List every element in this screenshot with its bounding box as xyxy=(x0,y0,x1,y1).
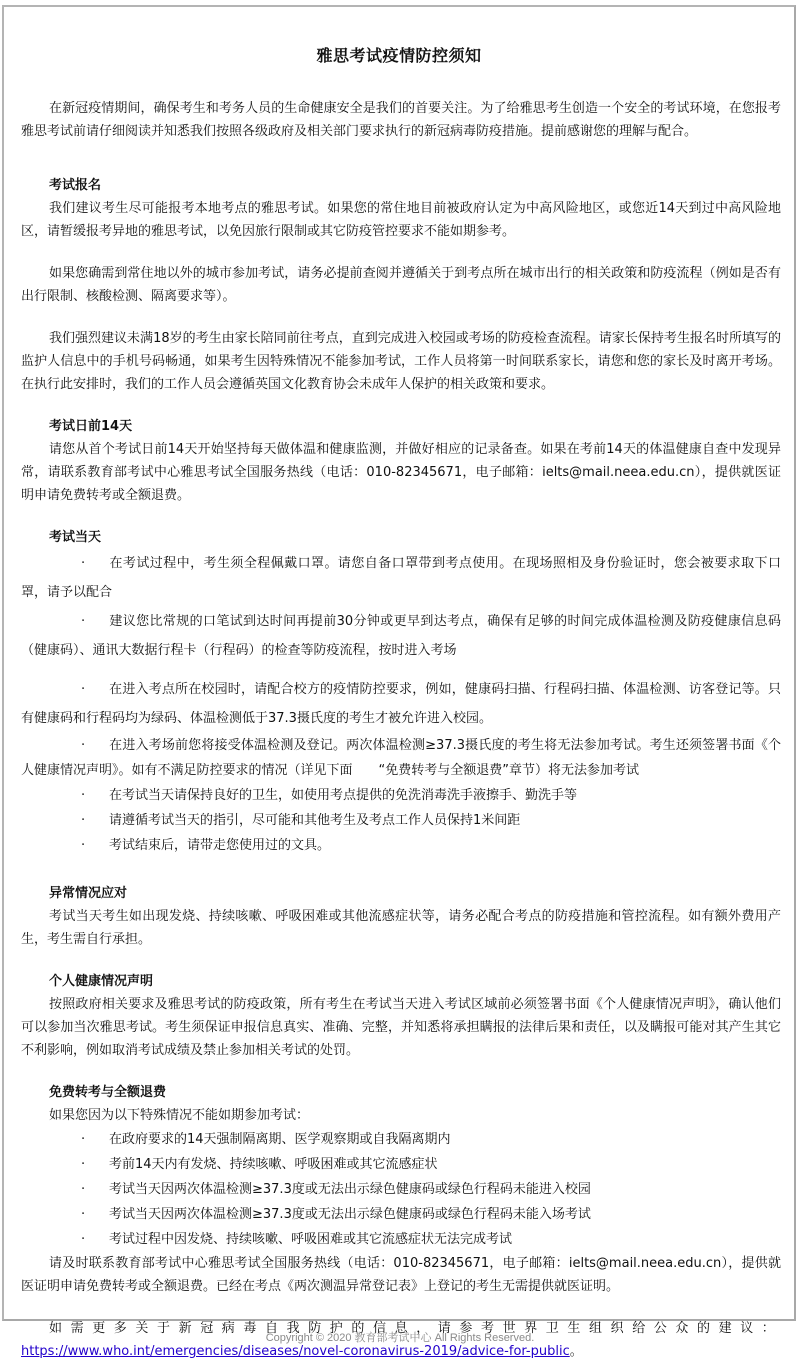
bullet-text: 考试结束后，请带走您使用过的文具。 xyxy=(109,838,330,853)
spacer xyxy=(21,1062,781,1081)
who-note-trailing: 。 xyxy=(570,1344,583,1359)
bullet-icon: · xyxy=(81,733,109,758)
spacer xyxy=(21,951,781,970)
bullet-icon: · xyxy=(81,808,109,833)
who-advice-link[interactable]: https://www.who.int/emergencies/diseases… xyxy=(21,1344,570,1359)
section-paragraph: 我们强烈建议未满18岁的考生由家长陪同前往考点，直到完成进入校园或考场的防疫检查… xyxy=(21,327,781,396)
notice-document: 雅思考试疫情防控须知 在新冠疫情期间，确保考生和考务人员的生命健康安全是我们的首… xyxy=(2,5,796,1321)
section-paragraph: 我们建议考生尽可能报考本地考点的雅思考试。如果您的常住地目前被政府认定为中高风险… xyxy=(21,197,781,243)
bullet-item: ·建议您比常规的口笔试到达时间再提前30分钟或更早到达考点，确保有足够的时间完成… xyxy=(21,607,781,665)
spacer xyxy=(21,308,781,327)
spacer xyxy=(21,243,781,262)
section-exam-day: 考试当天 ·在考试过程中，考生须全程佩戴口罩。请您自备口罩带到考点使用。在现场照… xyxy=(21,526,781,858)
section-heading: 异常情况应对 xyxy=(21,882,781,905)
bullet-icon: · xyxy=(81,1127,109,1152)
bullet-item: ·考试当天因两次体温检测≥37.3度或无法出示绿色健康码或绿色行程码未能进入校园 xyxy=(21,1177,781,1202)
bullet-text: 在进入考场前您将接受体温检测及登记。两次体温检测≥37.3摄氏度的考生将无法参加… xyxy=(21,738,781,778)
bullet-text: 在进入考点所在校园时，请配合校方的疫情防控要求，例如，健康码扫描、行程码扫描、体… xyxy=(21,682,781,726)
bullet-text: 考试过程中因发烧、持续咳嗽、呼吸困难或其它流感症状无法完成考试 xyxy=(109,1232,512,1247)
bullet-item: ·在进入考点所在校园时，请配合校方的疫情防控要求，例如，健康码扫描、行程码扫描、… xyxy=(21,675,781,733)
section-paragraph: 如果您确需到常住地以外的城市参加考试，请务必提前查阅并遵循关于到考点所在城市出行… xyxy=(21,262,781,308)
section-paragraph: 请您从首个考试日前14天开始坚持每天做体温和健康监测，并做好相应的记录备查。如果… xyxy=(21,438,781,507)
bullet-text: 考前14天内有发烧、持续咳嗽、呼吸困难或其它流感症状 xyxy=(109,1157,438,1172)
section-abnormal: 异常情况应对 考试当天考生如出现发烧、持续咳嗽、呼吸困难或其他流感症状等，请务必… xyxy=(21,882,781,951)
section-paragraph: 按照政府相关要求及雅思考试的防疫政策，所有考生在考试当天进入考试区域前必须签署书… xyxy=(21,993,781,1062)
section-heading: 考试报名 xyxy=(21,174,781,197)
section-refund: 免费转考与全额退费 如果您因为以下特殊情况不能如期参加考试： ·在政府要求的14… xyxy=(21,1081,781,1298)
spacer xyxy=(21,665,781,675)
bullet-item: ·在政府要求的14天强制隔离期、医学观察期或自我隔离期内 xyxy=(21,1127,781,1152)
spacer xyxy=(21,858,781,882)
section-before-exam: 考试日前14天 请您从首个考试日前14天开始坚持每天做体温和健康监测，并做好相应… xyxy=(21,415,781,507)
spacer xyxy=(21,166,781,174)
bullet-text: 在考试当天请保持良好的卫生，如使用考点提供的免洗消毒洗手液擦手、勤洗手等 xyxy=(109,788,577,803)
bullet-icon: · xyxy=(81,1227,109,1252)
spacer xyxy=(21,507,781,526)
document-content: 在新冠疫情期间，确保考生和考务人员的生命健康安全是我们的首要关注。为了给雅思考生… xyxy=(21,97,781,1363)
bullet-item: ·在考试过程中，考生须全程佩戴口罩。请您自备口罩带到考点使用。在现场照相及身份验… xyxy=(21,549,781,607)
spacer xyxy=(21,396,781,415)
bullet-item: ·考试结束后，请带走您使用过的文具。 xyxy=(21,833,781,858)
bullet-item: ·请遵循考试当天的指引，尽可能和其他考生及考点工作人员保持1米间距 xyxy=(21,808,781,833)
bullet-item: ·考试过程中因发烧、持续咳嗽、呼吸困难或其它流感症状无法完成考试 xyxy=(21,1227,781,1252)
bullet-icon: · xyxy=(81,675,109,704)
bullet-icon: · xyxy=(81,1177,109,1202)
bullet-text: 在政府要求的14天强制隔离期、医学观察期或自我隔离期内 xyxy=(109,1132,451,1147)
bullet-text: 考试当天因两次体温检测≥37.3度或无法出示绿色健康码或绿色行程码未能进入校园 xyxy=(109,1182,591,1197)
bullet-icon: · xyxy=(81,1152,109,1177)
refund-intro: 如果您因为以下特殊情况不能如期参加考试： xyxy=(21,1104,781,1127)
section-heading: 考试日前14天 xyxy=(21,415,781,438)
spacer xyxy=(21,143,781,166)
section-health-declaration: 个人健康情况声明 按照政府相关要求及雅思考试的防疫政策，所有考生在考试当天进入考… xyxy=(21,970,781,1062)
page-title: 雅思考试疫情防控须知 xyxy=(4,43,794,66)
bullet-text: 建议您比常规的口笔试到达时间再提前30分钟或更早到达考点，确保有足够的时间完成体… xyxy=(21,614,781,658)
bullet-item: ·考前14天内有发烧、持续咳嗽、呼吸困难或其它流感症状 xyxy=(21,1152,781,1177)
bullet-icon: · xyxy=(81,1202,109,1227)
bullet-item: ·在进入考场前您将接受体温检测及登记。两次体温检测≥37.3摄氏度的考生将无法参… xyxy=(21,733,781,783)
bullet-icon: · xyxy=(81,607,109,636)
refund-contact: 请及时联系教育部考试中心雅思考试全国服务热线（电话：010-82345671，电… xyxy=(21,1252,781,1298)
bullet-item: ·考试当天因两次体温检测≥37.3度或无法出示绿色健康码或绿色行程码未能入场考试 xyxy=(21,1202,781,1227)
section-paragraph: 考试当天考生如出现发烧、持续咳嗽、呼吸困难或其他流感症状等，请务必配合考点的防疫… xyxy=(21,905,781,951)
section-heading: 免费转考与全额退费 xyxy=(21,1081,781,1104)
bullet-text: 请遵循考试当天的指引，尽可能和其他考生及考点工作人员保持1米间距 xyxy=(109,813,520,828)
spacer xyxy=(21,1298,781,1317)
footer-copyright: Copyright © 2020 教育部考试中心 All Rights Rese… xyxy=(0,1329,800,1345)
bullet-text: 在考试过程中，考生须全程佩戴口罩。请您自备口罩带到考点使用。在现场照相及身份验证… xyxy=(21,556,781,600)
bullet-icon: · xyxy=(81,549,109,578)
bullet-text: 考试当天因两次体温检测≥37.3度或无法出示绿色健康码或绿色行程码未能入场考试 xyxy=(109,1207,591,1222)
section-heading: 个人健康情况声明 xyxy=(21,970,781,993)
bullet-icon: · xyxy=(81,833,109,858)
section-registration: 考试报名 我们建议考生尽可能报考本地考点的雅思考试。如果您的常住地目前被政府认定… xyxy=(21,174,781,396)
section-heading: 考试当天 xyxy=(21,526,781,549)
bullet-icon: · xyxy=(81,783,109,808)
intro-paragraph: 在新冠疫情期间，确保考生和考务人员的生命健康安全是我们的首要关注。为了给雅思考生… xyxy=(21,97,781,143)
bullet-item: ·在考试当天请保持良好的卫生，如使用考点提供的免洗消毒洗手液擦手、勤洗手等 xyxy=(21,783,781,808)
